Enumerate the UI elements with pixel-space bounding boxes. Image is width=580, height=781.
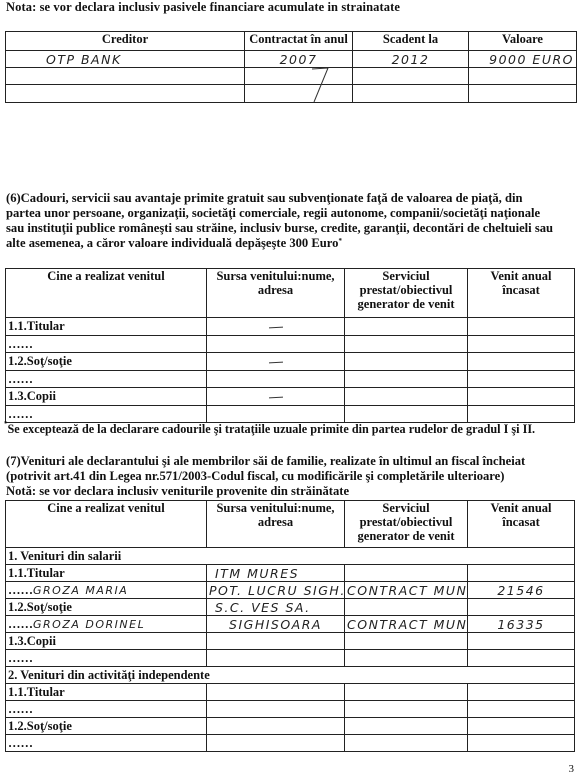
contracted-year-cell: 2007 [245, 51, 353, 68]
source-cell [207, 336, 345, 353]
service-cell [345, 388, 468, 406]
table-row: 1.3.Copii [6, 388, 575, 406]
table-row: 1.2.Soţ/soţie S.C. VES SA. [6, 599, 575, 616]
title-line: Notă: se vor declara inclusiv veniturile… [6, 484, 525, 499]
row-label: 1.2.Soţ/soţie [6, 718, 207, 735]
source-cell [207, 371, 345, 388]
income-cell [468, 565, 575, 582]
source-cell [207, 701, 345, 718]
table-row: …… [6, 650, 575, 667]
source-cell [207, 388, 345, 406]
row-label: 1.1.Titular [6, 684, 207, 701]
income-cell [468, 353, 575, 371]
service-cell: CONTRACT MUNCA [345, 616, 468, 633]
due-date-cell: 2012 [353, 51, 469, 68]
contracted-year-cell [245, 68, 353, 85]
row-label: …… [6, 371, 207, 388]
table-row: 1.1.Titular ITM MURES [6, 565, 575, 582]
table-row: ……GROZA DORINEL SIGHISOARA CONTRACT MUNC… [6, 616, 575, 633]
service-cell [345, 650, 468, 667]
page-number: 3 [569, 763, 575, 775]
service-cell [345, 406, 468, 423]
table-row: 1.2.Soţ/soţie [6, 353, 575, 371]
header-creditor: Creditor [6, 32, 245, 51]
service-cell [345, 336, 468, 353]
creditor-cell: OTP BANK [6, 51, 245, 68]
table-row: 1.1.Titular [6, 318, 575, 336]
service-cell [345, 718, 468, 735]
title-line-text: alte asemenea, a căror valoare individua… [6, 236, 338, 250]
service-cell [345, 371, 468, 388]
source-cell [207, 684, 345, 701]
service-cell [345, 684, 468, 701]
source-cell: SIGHISOARA [207, 616, 345, 633]
row-label: …… [6, 650, 207, 667]
person-name: GROZA MARIA [33, 584, 128, 597]
value-cell [469, 85, 577, 103]
table-row: …… [6, 336, 575, 353]
table-row: …… [6, 735, 575, 752]
header-value: Valoare [469, 32, 577, 51]
section7-title: (7)Venituri ale declarantului şi ale mem… [6, 454, 525, 499]
service-cell [345, 353, 468, 371]
income-cell [468, 684, 575, 701]
row-label: 1.1.Titular [6, 318, 207, 336]
table-row: …… [6, 371, 575, 388]
header-source: Sursa venitului:nume, adresa [207, 501, 345, 548]
row-label: …… [6, 406, 207, 423]
liabilities-note: Nota: se vor declara inclusiv pasivele f… [6, 0, 400, 15]
title-line: alte asemenea, a căror valoare individua… [6, 236, 553, 251]
income-cell: 16335 [468, 616, 575, 633]
gifts-footnote: *Se exceptează de la declarare cadourile… [4, 422, 535, 437]
income-cell [468, 336, 575, 353]
income-cell [468, 633, 575, 650]
row-label: 1.3.Copii [6, 388, 207, 406]
gifts-table: Cine a realizat venitul Sursa venitului:… [5, 268, 575, 423]
creditors-table: Creditor Contractat în anul Scadent la V… [5, 31, 577, 103]
service-cell [345, 318, 468, 336]
source-cell [207, 318, 345, 336]
source-cell [207, 406, 345, 423]
row-label: …… [6, 735, 207, 752]
source-cell [207, 353, 345, 371]
due-date-cell [353, 68, 469, 85]
income-table: Cine a realizat venitul Sursa venitului:… [5, 500, 575, 752]
source-cell [207, 633, 345, 650]
row-label: …… [6, 701, 207, 718]
header-source: Sursa venitului:nume, adresa [207, 269, 345, 318]
row-label: 1.3.Copii [6, 633, 207, 650]
header-income: Venit anual încasat [468, 269, 575, 318]
header-due-date: Scadent la [353, 32, 469, 51]
row-label: ……GROZA MARIA [6, 582, 207, 599]
due-date-cell [353, 85, 469, 103]
income-cell [468, 406, 575, 423]
table-row: ……GROZA MARIA POT. LUCRU SIGH. CONTRACT … [6, 582, 575, 599]
footnote-text: Se exceptează de la declarare cadourile … [8, 422, 536, 436]
value-cell [469, 68, 577, 85]
row-label: 1.2.Soţ/soţie [6, 353, 207, 371]
service-cell: CONTRACT MUNCA [345, 582, 468, 599]
header-service: Serviciul prestat/obiectivul generator d… [345, 269, 468, 318]
table-row: OTP BANK 2007 2012 9000 EURO [6, 51, 577, 68]
income-cell [468, 371, 575, 388]
row-label: …… [6, 336, 207, 353]
source-cell: ITM MURES [207, 565, 345, 582]
service-cell [345, 565, 468, 582]
creditor-cell [6, 68, 245, 85]
income-cell [468, 318, 575, 336]
source-cell: S.C. VES SA. [207, 599, 345, 616]
row-label: 1.2.Soţ/soţie [6, 599, 207, 616]
source-cell [207, 718, 345, 735]
income-cell [468, 718, 575, 735]
dash-mark [268, 396, 282, 398]
table-row: 1.2.Soţ/soţie [6, 718, 575, 735]
header-contracted-year: Contractat în anul [245, 32, 353, 51]
income-cell [468, 650, 575, 667]
title-line: sau instituţii publice româneşti sau str… [6, 221, 553, 236]
income-cell [468, 599, 575, 616]
row-label-text: …… [8, 617, 33, 631]
footnote-marker: * [4, 420, 8, 428]
title-line: (potrivit art.41 din Legea nr.571/2003-C… [6, 469, 525, 484]
source-cell [207, 650, 345, 667]
title-line: (6)Cadouri, servicii sau avantaje primit… [6, 191, 553, 206]
income-cell [468, 388, 575, 406]
table-row [6, 85, 577, 103]
title-line: (7)Venituri ale declarantului şi ale mem… [6, 454, 525, 469]
row-label-text: …… [8, 583, 33, 597]
service-cell [345, 735, 468, 752]
dash-mark [268, 326, 282, 328]
value-cell: 9000 EURO [469, 51, 577, 68]
header-income: Venit anual încasat [468, 501, 575, 548]
header-who: Cine a realizat venitul [6, 269, 207, 318]
table-row: 1.1.Titular [6, 684, 575, 701]
header-who: Cine a realizat venitul [6, 501, 207, 548]
table-row: …… [6, 701, 575, 718]
income-cell [468, 735, 575, 752]
row-label: 1.1.Titular [6, 565, 207, 582]
header-service: Serviciul prestat/obiectivul generator d… [345, 501, 468, 548]
source-cell: POT. LUCRU SIGH. [207, 582, 345, 599]
table-row [6, 68, 577, 85]
group-title-salaries: 1. Venituri din salarii [6, 548, 575, 565]
service-cell [345, 701, 468, 718]
income-cell [468, 701, 575, 718]
table-row: 1.3.Copii [6, 633, 575, 650]
title-line: partea unor persoane, organizaţii, socie… [6, 206, 553, 221]
service-cell [345, 599, 468, 616]
service-cell [345, 633, 468, 650]
row-label: ……GROZA DORINEL [6, 616, 207, 633]
contracted-year-cell [245, 85, 353, 103]
source-cell [207, 735, 345, 752]
footnote-marker: * [338, 237, 342, 245]
creditor-cell [6, 85, 245, 103]
person-name: GROZA DORINEL [33, 618, 145, 631]
section6-title: (6)Cadouri, servicii sau avantaje primit… [6, 191, 553, 251]
group-title-independent: 2. Venituri din activităţi independente [6, 667, 575, 684]
dash-mark [268, 361, 282, 363]
income-cell: 21546 [468, 582, 575, 599]
table-row: …… [6, 406, 575, 423]
